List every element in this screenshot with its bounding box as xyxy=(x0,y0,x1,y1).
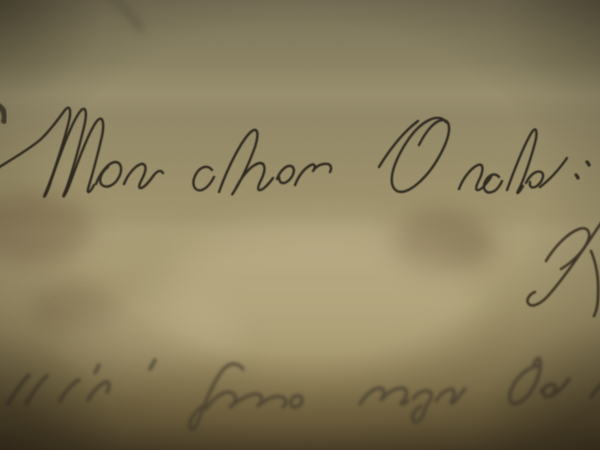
letter-photo: Mon cher Oncle: J n'ai pas reçu de xyxy=(0,0,600,450)
photo-vignette xyxy=(0,0,600,450)
